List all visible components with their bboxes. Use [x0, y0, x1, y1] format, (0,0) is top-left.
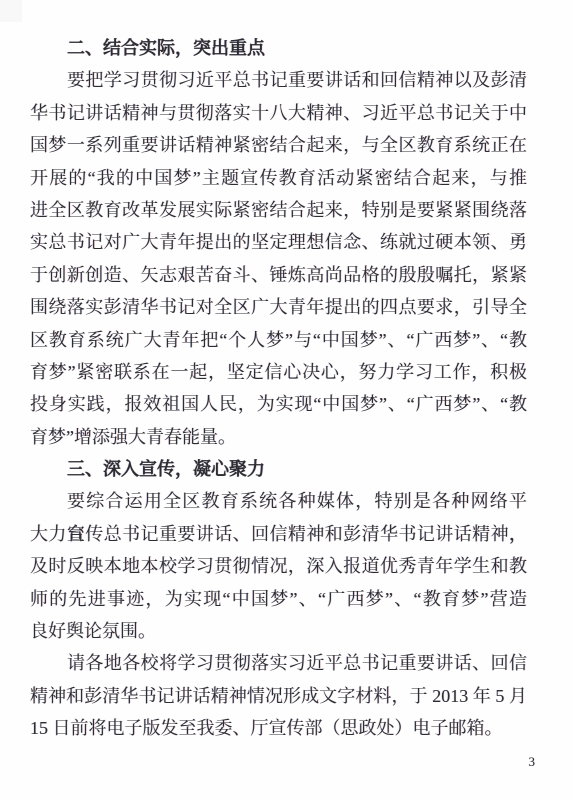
text-line: 华书记讲话精神与贯彻落实十八大精神、习近平总书记关于中: [30, 97, 527, 129]
document-body: 二、结合实际，突出重点要把学习贯彻习近平总书记重要讲话和回信精神以及彭清华书记讲…: [30, 32, 527, 745]
text-line: 进全区教育改革发展实际紧密结合起来，特别是要紧紧围绕落: [30, 194, 527, 226]
text-line: 师的先进事迹，为实现“中国梦”、“广西梦”、“教育梦”营造: [30, 583, 527, 615]
text-line: 育梦”增添强大青春能量。: [30, 421, 527, 453]
text-line: 良好舆论氛围。: [30, 615, 527, 647]
document-page: 二、结合实际，突出重点要把学习贯彻习近平总书记重要讲话和回信精神以及彭清华书记讲…: [0, 0, 573, 800]
text-line: 15 日前将电子版发至我委、厅宣传部（思政处）电子邮箱。: [30, 712, 527, 744]
text-line: 围绕落实彭清华书记对全区广大青年提出的四点要求，引导全: [30, 291, 527, 323]
scan-corner-artifact: [0, 0, 22, 22]
text-line: 育梦”紧密联系在一起，坚定信心决心，努力学习工作，积极: [30, 356, 527, 388]
text-line: 要把学习贯彻习近平总书记重要讲话和回信精神以及彭清: [30, 64, 527, 96]
section-heading: 二、结合实际，突出重点: [30, 32, 527, 64]
page-number: 3: [30, 752, 535, 772]
text-line: 要综合运用全区教育系统各种媒体，特别是各种网络平台，: [30, 485, 527, 517]
text-line: 及时反映本地本校学习贯彻情况，深入报道优秀青年学生和教: [30, 550, 527, 582]
section-heading: 三、深入宣传，凝心聚力: [30, 453, 527, 485]
text-line: 于创新创造、矢志艰苦奋斗、锤炼高尚品格的殷殷嘱托，紧紧: [30, 259, 527, 291]
text-line: 实总书记对广大青年提出的坚定理想信念、练就过硬本领、勇: [30, 226, 527, 258]
text-line: 精神和彭清华书记讲话精神情况形成文字材料，于 2013 年 5 月: [30, 680, 527, 712]
text-line: 请各地各校将学习贯彻落实习近平总书记重要讲话、回信: [30, 647, 527, 679]
text-line: 开展的“我的中国梦”主题宣传教育活动紧密结合起来，与推: [30, 162, 527, 194]
text-line: 国梦一系列重要讲话精神紧密结合起来，与全区教育系统正在: [30, 129, 527, 161]
text-line: 投身实践，报效祖国人民，为实现“中国梦”、“广西梦”、“教: [30, 388, 527, 420]
text-line: 区教育系统广大青年把“个人梦”与“中国梦”、“广西梦”、“教: [30, 324, 527, 356]
text-line: 大力宣传总书记重要讲话、回信精神和彭清华书记讲话精神，: [30, 518, 527, 550]
